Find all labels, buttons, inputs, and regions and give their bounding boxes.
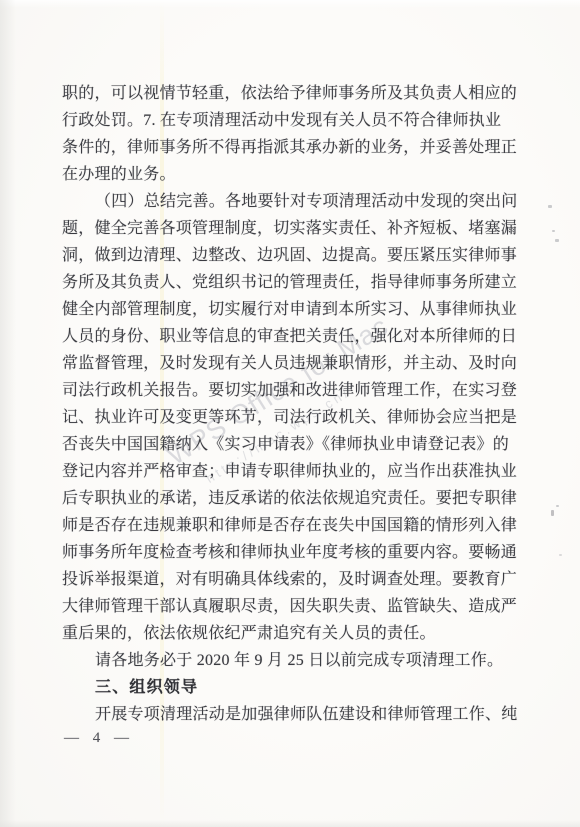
section-heading: 三、组织领导: [62, 674, 524, 701]
text-line: 健全内部管理制度，切实履行对申请到本所实习、从事律师执业: [62, 296, 524, 323]
text-line: 题，健全完善各项管理制度，切实落实责任、补齐短板、堵塞漏: [62, 215, 524, 242]
document-page: WPS Office for Mac http://mac.wps.cn/ 职的…: [0, 0, 580, 827]
scan-speck: [548, 205, 552, 208]
text-line: 条件的，律师事务所不得再指派其承办新的业务，并妥善处理正: [62, 134, 524, 161]
paragraph-start-line: （四）总结完善。各地要针对专项清理活动中发现的突出问: [62, 188, 524, 215]
deadline-line: 请各地务必于 2020 年 9 月 25 日以前完成专项清理工作。: [62, 647, 524, 674]
text-line: 人员的身份、职业等信息的审查把关责任，强化对本所律师的日: [62, 323, 524, 350]
text-line: 师是否存在违规兼职和律师是否存在丧失中国国籍的情形列入律: [62, 512, 524, 539]
scan-speck: [559, 554, 562, 556]
scan-speck: [555, 239, 559, 242]
paragraph-start-line: 开展专项清理活动是加强律师队伍建设和律师管理工作、纯: [62, 701, 524, 728]
text-line: 后专职执业的承诺，违反承诺的依法依规追究责任。要把专职律: [62, 485, 524, 512]
body-text: 职的，可以视情节轻重，依法给予律师事务所及其负责人相应的 行政处罚。7. 在专项…: [62, 80, 524, 728]
scan-edge-bottom: [0, 820, 580, 827]
text-line: 否丧失中国国籍纳入《实习申请表》《律师执业申请登记表》的: [62, 431, 524, 458]
text-line: 在办理的业务。: [62, 161, 524, 188]
text-line: 登记内容并严格审查；申请专职律师执业的，应当作出获准执业: [62, 458, 524, 485]
text-line: 投诉举报渠道，对有明确具体线索的，及时调查处理。要教育广: [62, 566, 524, 593]
page-number: — 4 —: [64, 730, 134, 747]
text-line: 职的，可以视情节轻重，依法给予律师事务所及其负责人相应的: [62, 80, 524, 107]
text-line: 常监督管理，及时发现有关人员违规兼职情形，并主动、及时向: [62, 350, 524, 377]
text-line: 行政处罚。7. 在专项清理活动中发现有关人员不符合律师执业: [62, 107, 524, 134]
text-line: 洞，做到边清理、边整改、边巩固、边提高。要压紧压实律师事: [62, 242, 524, 269]
text-line: 司法行政机关报告。要切实加强和改进律师管理工作，在实习登: [62, 377, 524, 404]
text-line: 记、执业许可及变更等环节，司法行政机关、律师协会应当把是: [62, 404, 524, 431]
text-line: 务所及其负责人、党组织书记的管理责任，指导律师事务所建立: [62, 269, 524, 296]
scan-speck: [552, 230, 555, 232]
scan-edge-top: [0, 0, 580, 8]
text-line: 师事务所年度检查考核和律师执业年度考核的重要内容。要畅通: [62, 539, 524, 566]
scan-edge-left: [0, 0, 16, 827]
scan-speck: [556, 505, 559, 507]
text-line: 重后果的，依法依规依纪严肃追究有关人员的责任。: [62, 620, 524, 647]
text-line: 大律师管理干部认真履职尽责，因失职失责、监管缺失、造成严: [62, 593, 524, 620]
scan-speck: [551, 510, 554, 516]
